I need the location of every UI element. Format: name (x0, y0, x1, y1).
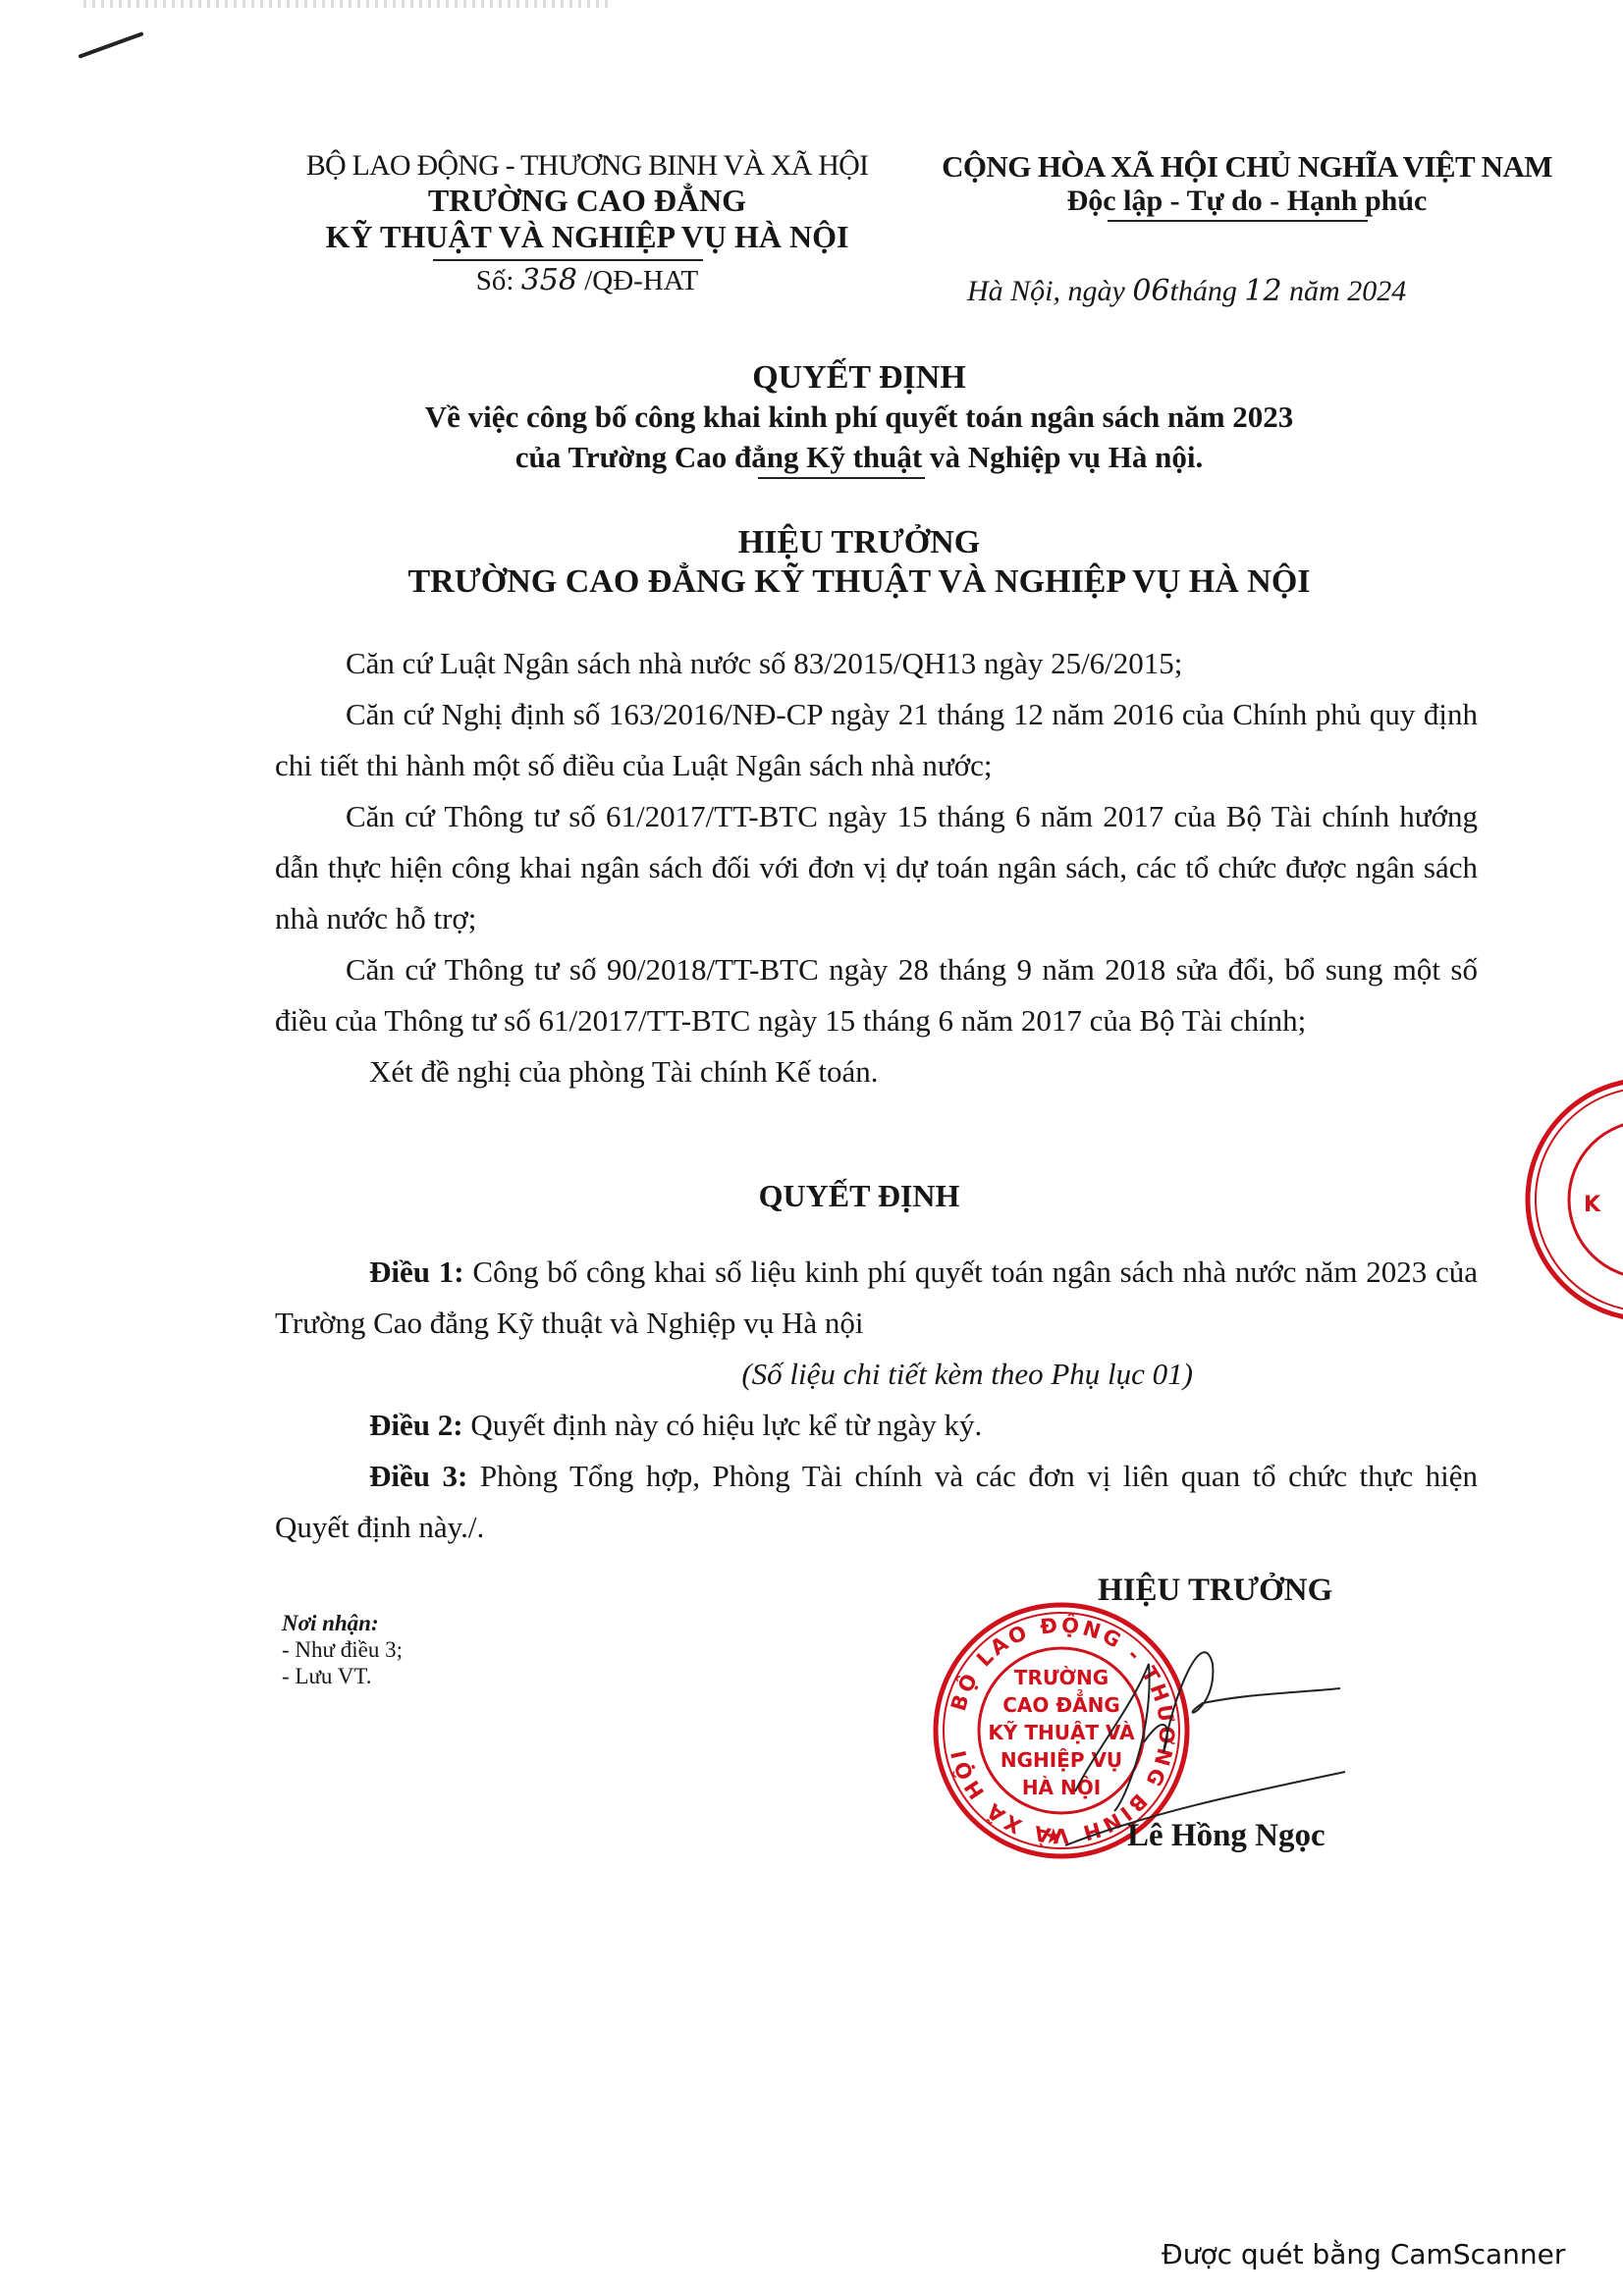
country-name: CỘNG HÒA XÃ HỘI CHỦ NGHĨA VIỆT NAM (908, 149, 1586, 185)
article-2: Điều 2: Quyết định này có hiệu lực kể từ… (275, 1400, 1478, 1451)
legal-bases: Căn cứ Luật Ngân sách nhà nước số 83/201… (275, 638, 1478, 1097)
scanner-watermark: Được quét bằng CamScanner (1162, 2238, 1565, 2270)
motto-underline (1108, 220, 1368, 222)
basis-item: Xét đề nghị của phòng Tài chính Kế toán. (275, 1046, 1478, 1097)
scan-artifact (83, 0, 614, 8)
authority-heading: HIỆU TRƯỞNG TRƯỜNG CAO ĐẲNG KỸ THUẬT VÀ … (295, 524, 1424, 601)
recipients-label: Nơi nhận: (282, 1610, 403, 1636)
recipient-item: - Như điều 3; (282, 1636, 403, 1663)
handwritten-month: 12 (1244, 274, 1281, 308)
signer-name: Lê Hồng Ngọc (1127, 1818, 1325, 1854)
article-1-note: (Số liệu chi tiết kèm theo Phụ lục 01) (275, 1349, 1478, 1400)
basis-item: Căn cứ Thông tư số 90/2018/TT-BTC ngày 2… (275, 944, 1478, 1046)
decision-heading: QUYẾT ĐỊNH (295, 1178, 1424, 1214)
document-type: QUYẾT ĐỊNH (295, 359, 1424, 397)
document-number: Số: 358 /QĐ-HAT (283, 263, 892, 297)
handwritten-number: 358 (521, 263, 577, 297)
national-motto: Độc lập - Tự do - Hạnh phúc (908, 185, 1586, 218)
svg-text:K: K (1584, 1193, 1601, 1217)
school-name-line1: TRƯỜNG CAO ĐẲNG (283, 183, 892, 219)
basis-item: Căn cứ Luật Ngân sách nhà nước số 83/201… (275, 638, 1478, 689)
authority-title: HIỆU TRƯỞNG (295, 524, 1424, 561)
article-1: Điều 1: Công bố công khai số liệu kinh p… (275, 1247, 1478, 1349)
issue-date: Hà Nội, ngày 06tháng 12 năm 2024 (967, 274, 1406, 308)
subject-line-1: Về việc công bố công khai kinh phí quyết… (295, 397, 1424, 437)
basis-item: Căn cứ Thông tư số 61/2017/TT-BTC ngày 1… (275, 791, 1478, 944)
basis-item: Căn cứ Nghị định số 163/2016/NĐ-CP ngày … (275, 689, 1478, 791)
article-3: Điều 3: Phòng Tổng hợp, Phòng Tài chính … (275, 1451, 1478, 1553)
issuing-agency-header: BỘ LAO ĐỘNG - THƯƠNG BINH VÀ XÃ HỘI TRƯỜ… (283, 149, 892, 297)
pen-mark (78, 31, 143, 59)
overlap-seal-icon: K (1515, 1072, 1623, 1327)
signature-icon (1055, 1605, 1350, 1850)
title-underline (758, 477, 925, 479)
school-name-line2: KỸ THUẬT VÀ NGHIỆP VỤ HÀ NỘI (283, 219, 892, 255)
signer-title: HIỆU TRƯỞNG (1098, 1573, 1332, 1609)
recipient-item: - Lưu VT. (282, 1663, 403, 1689)
ministry-name: BỘ LAO ĐỘNG - THƯƠNG BINH VÀ XÃ HỘI (283, 149, 892, 183)
header-divider (433, 259, 703, 261)
national-header: CỘNG HÒA XÃ HỘI CHỦ NGHĨA VIỆT NAM Độc l… (908, 149, 1586, 222)
decision-title: QUYẾT ĐỊNH Về việc công bố công khai kin… (295, 359, 1424, 479)
recipients: Nơi nhận: - Như điều 3; - Lưu VT. (282, 1610, 403, 1689)
handwritten-day: 06 (1132, 274, 1169, 308)
authority-school: TRƯỜNG CAO ĐẲNG KỸ THUẬT VÀ NGHIỆP VỤ HÀ… (295, 563, 1424, 601)
articles: Điều 1: Công bố công khai số liệu kinh p… (275, 1247, 1478, 1553)
subject-line-2: của Trường Cao đẳng Kỹ thuật và Nghiệp v… (295, 437, 1424, 477)
